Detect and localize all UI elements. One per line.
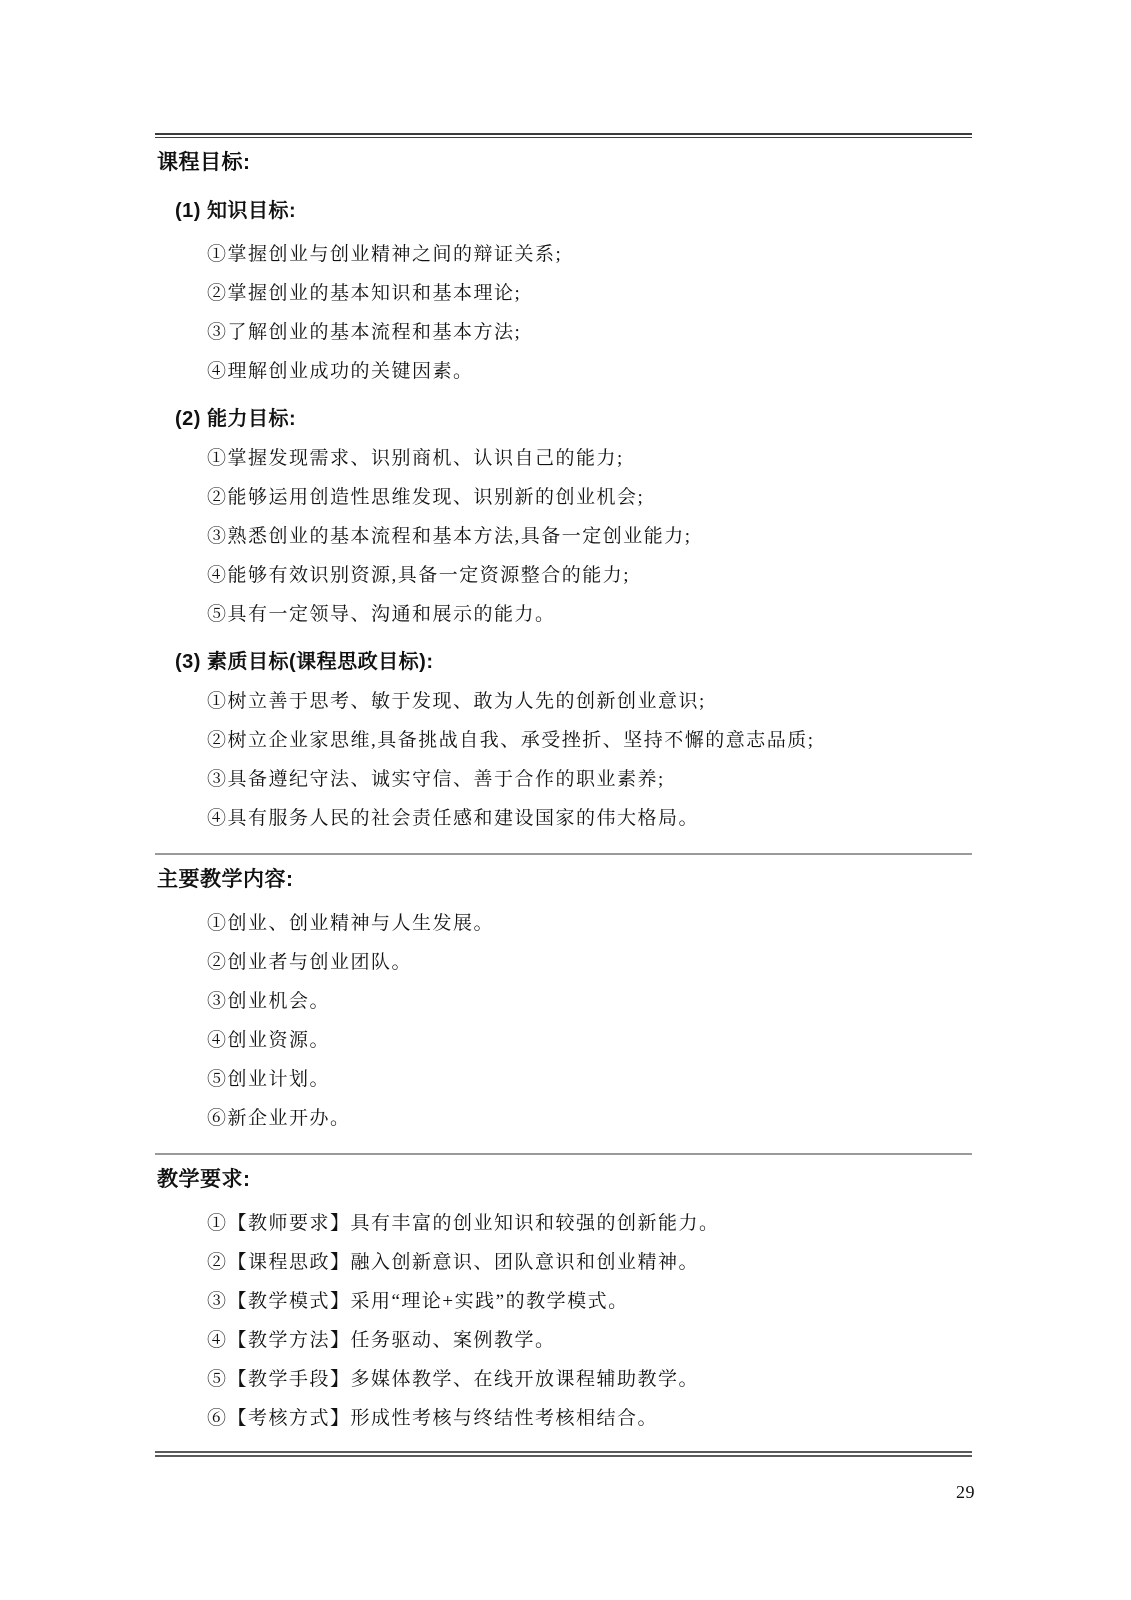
bottom-double-rule — [155, 1451, 972, 1457]
list-item: ⑥【考核方式】形成性考核与终结性考核相结合。 — [207, 1408, 972, 1429]
list-item: ③创业机会。 — [207, 991, 972, 1012]
list-item: ①树立善于思考、敏于发现、敢为人先的创新创业意识; — [207, 691, 972, 712]
list-item: ②【课程思政】融入创新意识、团队意识和创业精神。 — [207, 1252, 972, 1273]
section-heading-course-objectives: 课程目标: — [157, 151, 972, 174]
page-content: 课程目标: (1) 知识目标: ①掌握创业与创业精神之间的辩证关系; ②掌握创业… — [155, 133, 972, 1457]
list-item: ②能够运用创造性思维发现、识别新的创业机会; — [207, 487, 972, 508]
list-item: ⑤【教学手段】多媒体教学、在线开放课程辅助教学。 — [207, 1369, 972, 1390]
sub-heading-ability-objectives: (2) 能力目标: — [175, 408, 972, 430]
list-item: ②创业者与创业团队。 — [207, 952, 972, 973]
section-divider-rule — [155, 1153, 972, 1155]
sub-heading-knowledge-objectives: (1) 知识目标: — [175, 200, 972, 222]
page-number: 29 — [956, 1482, 975, 1503]
list-item: ③具备遵纪守法、诚实守信、善于合作的职业素养; — [207, 769, 972, 790]
document-page: { "document": { "page_number": "29" }, "… — [0, 0, 1131, 1600]
list-item: ②树立企业家思维,具备挑战自我、承受挫折、坚持不懈的意志品质; — [207, 730, 972, 751]
list-item: ④能够有效识别资源,具备一定资源整合的能力; — [207, 565, 972, 586]
list-item: ②掌握创业的基本知识和基本理论; — [207, 283, 972, 304]
list-item: ①创业、创业精神与人生发展。 — [207, 913, 972, 934]
list-item: ③熟悉创业的基本流程和基本方法,具备一定创业能力; — [207, 526, 972, 547]
section-course-objectives: 课程目标: (1) 知识目标: ①掌握创业与创业精神之间的辩证关系; ②掌握创业… — [155, 151, 972, 829]
list-item: ④创业资源。 — [207, 1030, 972, 1051]
list-item: ③了解创业的基本流程和基本方法; — [207, 322, 972, 343]
list-item: ④具有服务人民的社会责任感和建设国家的伟大格局。 — [207, 808, 972, 829]
list-item: ③【教学模式】采用“理论+实践”的教学模式。 — [207, 1291, 972, 1312]
list-item: ④【教学方法】任务驱动、案例教学。 — [207, 1330, 972, 1351]
list-item: ①掌握创业与创业精神之间的辩证关系; — [207, 244, 972, 265]
section-divider-rule — [155, 853, 972, 855]
list-item: ①【教师要求】具有丰富的创业知识和较强的创新能力。 — [207, 1213, 972, 1234]
section-heading-main-teaching-content: 主要教学内容: — [157, 868, 972, 891]
top-double-rule — [155, 133, 972, 138]
sub-heading-quality-objectives: (3) 素质目标(课程思政目标): — [175, 651, 972, 673]
section-main-teaching-content: 主要教学内容: ①创业、创业精神与人生发展。 ②创业者与创业团队。 ③创业机会。… — [155, 868, 972, 1129]
section-teaching-requirements: 教学要求: ①【教师要求】具有丰富的创业知识和较强的创新能力。 ②【课程思政】融… — [155, 1168, 972, 1429]
list-item: ④理解创业成功的关键因素。 — [207, 361, 972, 382]
list-item: ⑥新企业开办。 — [207, 1108, 972, 1129]
list-item: ⑤创业计划。 — [207, 1069, 972, 1090]
list-item: ⑤具有一定领导、沟通和展示的能力。 — [207, 604, 972, 625]
list-item: ①掌握发现需求、识别商机、认识自己的能力; — [207, 448, 972, 469]
section-heading-teaching-requirements: 教学要求: — [157, 1168, 972, 1191]
